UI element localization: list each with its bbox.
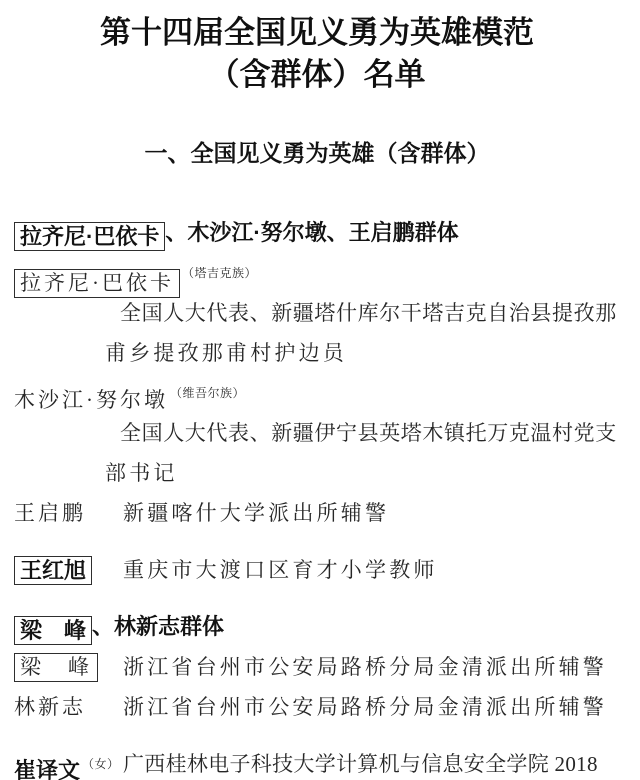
person-description-line: 部书记 bbox=[105, 453, 620, 493]
entry-row-wanghongxu: 王红旭 重庆市大渡口区育才小学教师 bbox=[14, 550, 620, 590]
ethnicity-note: （维吾尔族） bbox=[170, 386, 245, 400]
ethnicity-note: （塔吉克族） bbox=[182, 266, 257, 280]
person-name: 王启鹏 bbox=[14, 501, 86, 525]
person-description: 浙江省台州市公安局路桥分局金清派出所辅警 bbox=[123, 647, 607, 687]
person-name: 林新志 bbox=[14, 695, 86, 719]
document-page: 第十四届全国见义勇为英雄模范 （含群体）名单 一、全国见义勇为英雄（含群体） 拉… bbox=[0, 0, 640, 780]
entry-row-liangfeng: 梁 峰 浙江省台州市公安局路桥分局金清派出所辅警 bbox=[14, 647, 620, 687]
person-description: 新疆喀什大学派出所辅警 bbox=[123, 493, 389, 533]
entry-row-cuiyiwen: 崔译文（女） 广西桂林电子科技大学计算机与信息安全学院 2018 bbox=[14, 744, 620, 780]
person-name-boxed: 梁 峰 bbox=[14, 653, 98, 682]
person-description: 重庆市大渡口区育才小学教师 bbox=[123, 550, 438, 590]
section-heading: 一、全国见义勇为英雄（含群体） bbox=[14, 139, 620, 167]
group-heading-rest: 、林新志群体 bbox=[92, 614, 224, 639]
person-name-boxed: 拉齐尼·巴依卡 bbox=[14, 269, 180, 298]
page-title-line-1: 第十四届全国见义勇为英雄模范 bbox=[14, 12, 620, 54]
entry-row-laqini: 拉齐尼·巴依卡（塔吉克族） bbox=[14, 253, 620, 293]
person-description-line: 全国人大代表、新疆伊宁县英塔木镇托万克温村党支 bbox=[120, 413, 620, 453]
group-heading-rest: 、木沙江·努尔墩、王启鹏群体 bbox=[165, 220, 458, 245]
person-description-line: 甫乡提孜那甫村护边员 bbox=[105, 333, 620, 373]
person-description: 浙江省台州市公安局路桥分局金清派出所辅警 bbox=[123, 687, 607, 727]
entry-row-wangqipeng: 王启鹏 新疆喀什大学派出所辅警 bbox=[14, 493, 620, 533]
deceased-name-box: 梁 峰 bbox=[14, 616, 92, 645]
deceased-name-box: 拉齐尼·巴依卡 bbox=[14, 222, 165, 251]
person-name: 木沙江·努尔墩 bbox=[14, 388, 168, 412]
page-title-line-2: （含群体）名单 bbox=[14, 54, 620, 96]
person-name: 崔译文 bbox=[14, 758, 80, 780]
deceased-name-box: 王红旭 bbox=[14, 556, 92, 585]
entry-row-mushajiang: 木沙江·努尔墩（维吾尔族） bbox=[14, 373, 620, 413]
person-description-line: 全国人大代表、新疆塔什库尔干塔吉克自治县提孜那 bbox=[120, 293, 620, 333]
person-description: 广西桂林电子科技大学计算机与信息安全学院 2018 bbox=[123, 744, 598, 780]
group-heading-1: 拉齐尼·巴依卡、木沙江·努尔墩、王启鹏群体 bbox=[14, 213, 620, 253]
honorees-list: 拉齐尼·巴依卡、木沙江·努尔墩、王启鹏群体 拉齐尼·巴依卡（塔吉克族） 全国人大… bbox=[14, 213, 620, 780]
gender-note: （女） bbox=[82, 757, 120, 771]
group-heading-2: 梁 峰、林新志群体 bbox=[14, 607, 620, 647]
entry-row-linxinzhi: 林新志 浙江省台州市公安局路桥分局金清派出所辅警 bbox=[14, 687, 620, 727]
